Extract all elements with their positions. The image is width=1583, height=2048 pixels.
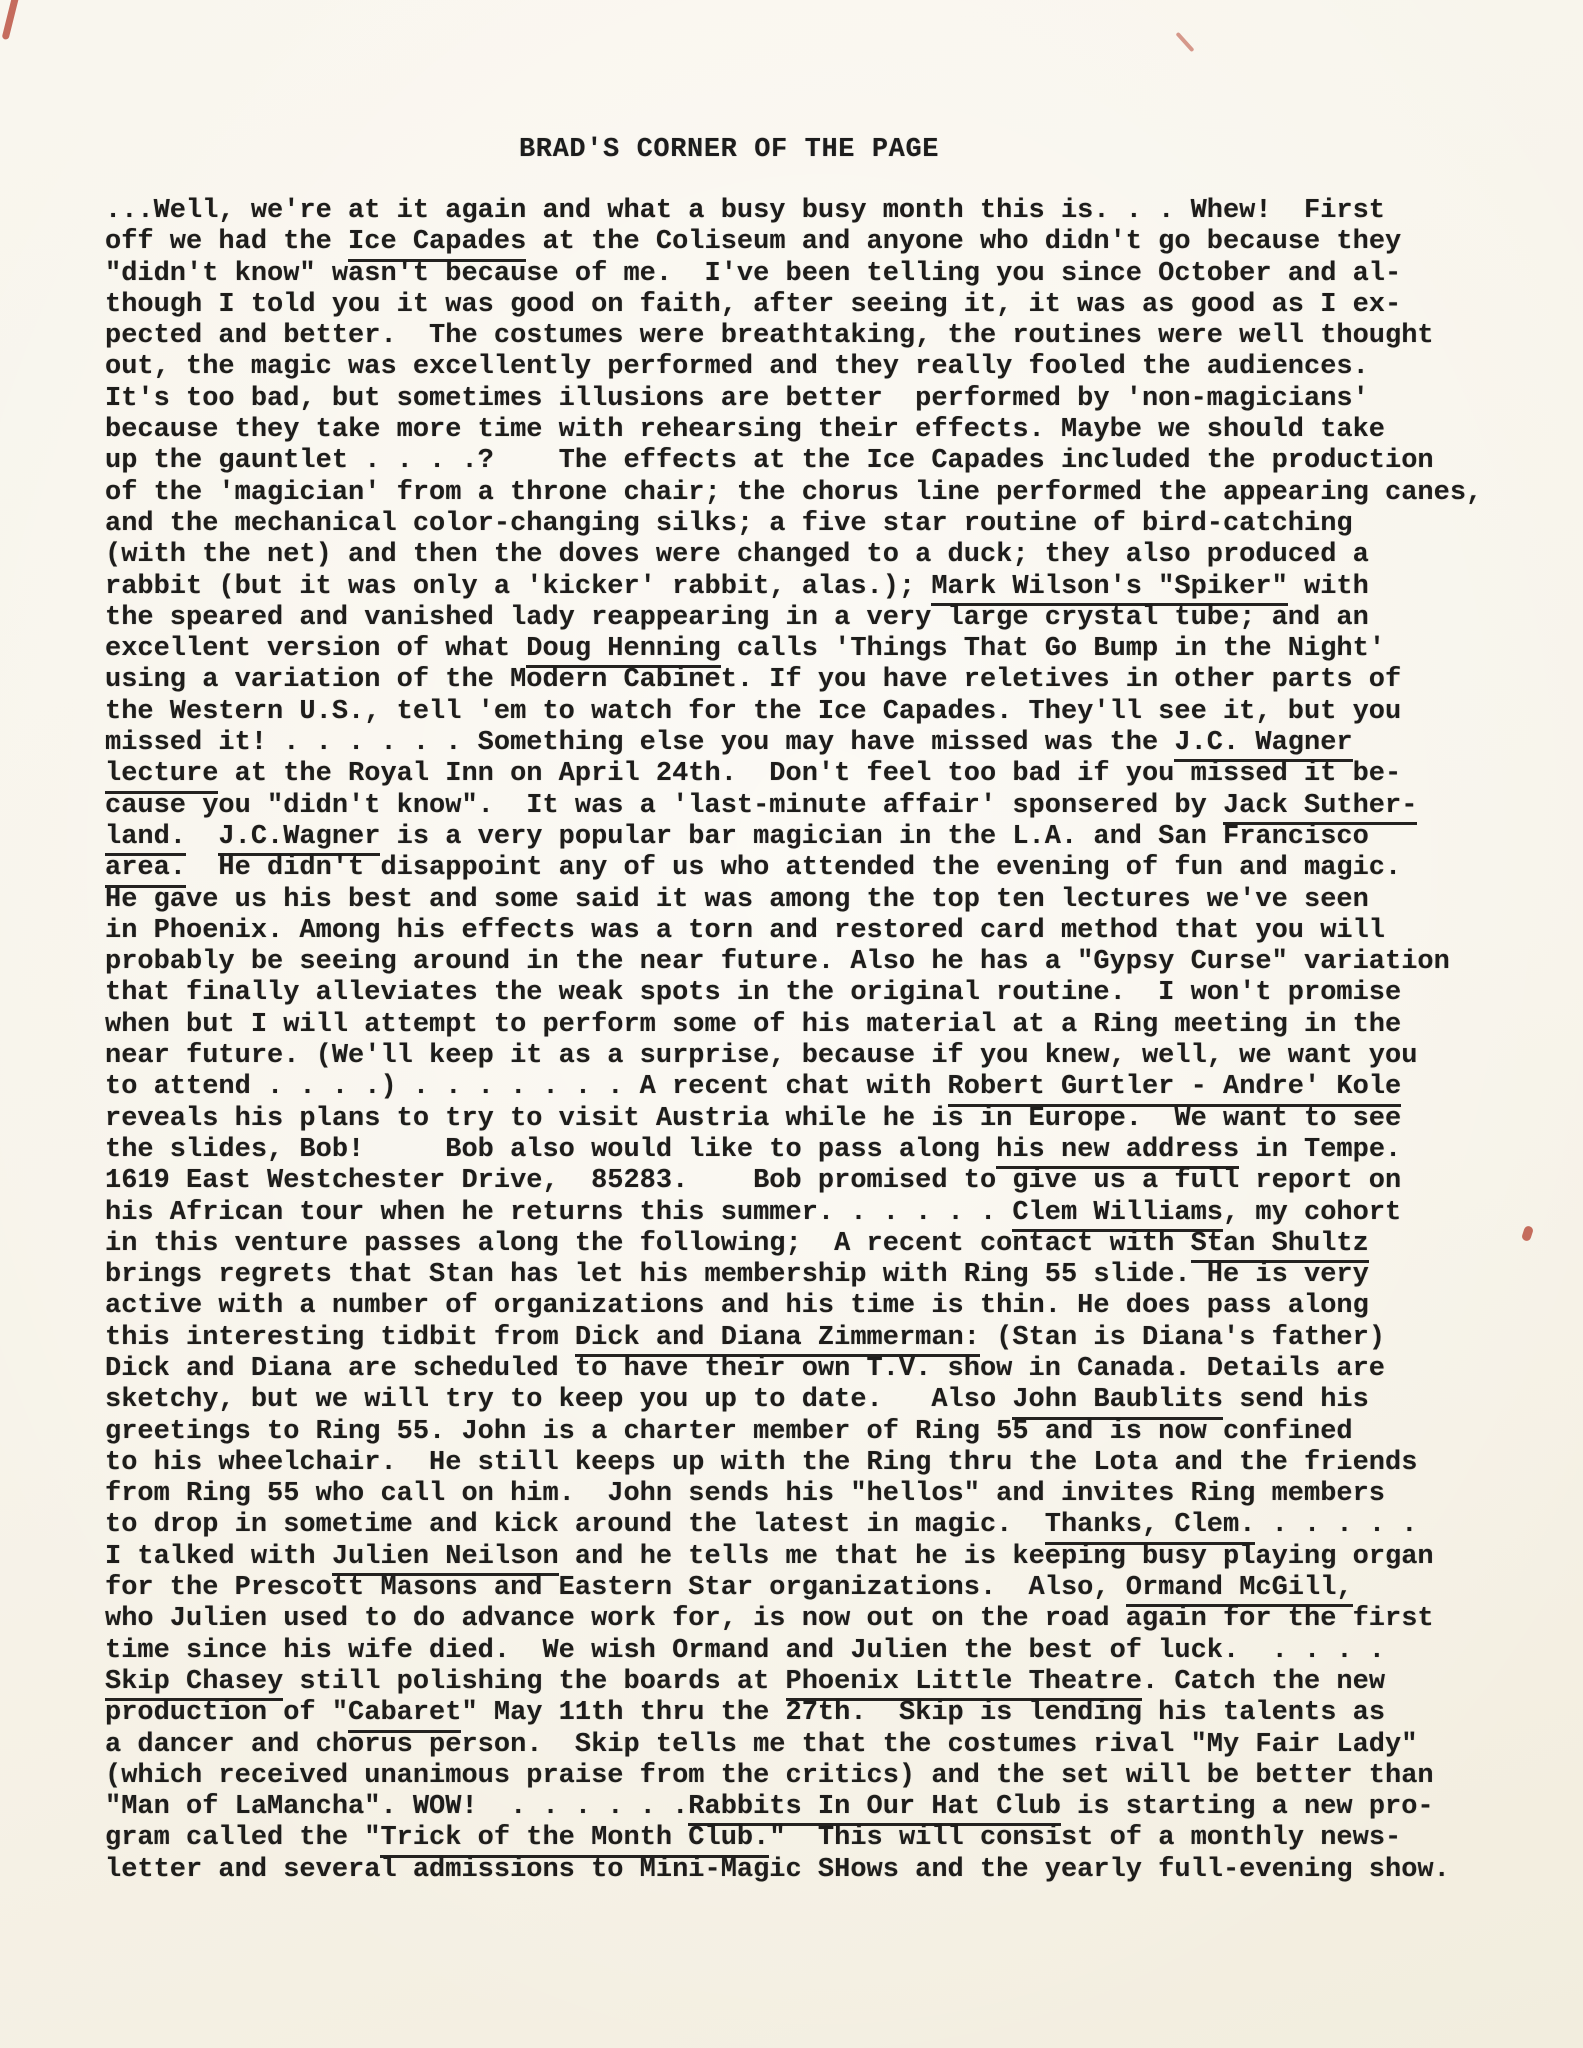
text-line: in Phoenix. Among his effects was a torn… — [105, 916, 1525, 947]
text-segment: missed it! . . . . . . Something else yo… — [105, 728, 1174, 759]
text-line: "didn't know" wasn't because of me. I've… — [105, 259, 1525, 290]
text-segment: in Phoenix. Among his effects was a torn… — [105, 916, 1385, 947]
text-line: letter and several admissions to Mini-Ma… — [105, 1855, 1525, 1886]
text-segment: ...Well, we're at it again and what a bu… — [105, 196, 1385, 227]
text-line: rabbit (but it was only a 'kicker' rabbi… — [105, 572, 1525, 603]
text-line: of the 'magician' from a throne chair; t… — [105, 478, 1525, 509]
text-segment: because they take more time with rehears… — [105, 415, 1385, 446]
text-segment: to drop in sometime and kick around the … — [105, 1510, 1045, 1541]
text-segment: I talked with — [105, 1542, 332, 1573]
text-segment: He gave us his best and some said it was… — [105, 885, 1369, 916]
text-segment: for the Prescott Masons and Eastern Star… — [105, 1573, 1126, 1604]
text-line: using a variation of the Modern Cabinet.… — [105, 665, 1525, 696]
text-segment: and the mechanical color-changing silks;… — [105, 509, 1353, 540]
text-segment: "Man of LaMancha". WOW! . . . . . . — [105, 1792, 688, 1823]
text-line: the speared and vanished lady reappearin… — [105, 603, 1525, 634]
text-line: (which received unanimous praise from th… — [105, 1761, 1525, 1792]
text-segment: gram called the " — [105, 1823, 380, 1854]
text-line: production of "Cabaret" May 11th thru th… — [105, 1698, 1525, 1729]
text-segment: a dancer and chorus person. Skip tells m… — [105, 1730, 1417, 1761]
underlined-phrase: Dick and Diana Zimmerman: — [575, 1323, 980, 1357]
text-segment: " This will consist of a monthly news- — [769, 1823, 1401, 1854]
text-line: the Western U.S., tell 'em to watch for … — [105, 697, 1525, 728]
text-line: It's too bad, but sometimes illusions ar… — [105, 384, 1525, 415]
text-line: "Man of LaMancha". WOW! . . . . . .Rabbi… — [105, 1792, 1525, 1823]
text-line: time since his wife died. We wish Ormand… — [105, 1636, 1525, 1667]
text-line: to attend . . . .) . . . . . . . A recen… — [105, 1072, 1525, 1103]
text-line: probably be seeing around in the near fu… — [105, 947, 1525, 978]
text-line: lecture at the Royal Inn on April 24th. … — [105, 759, 1525, 790]
underlined-phrase: Rabbits In Our Hat Club — [688, 1792, 1061, 1826]
text-segment: " May 11th thru the 27th. Skip is lendin… — [461, 1698, 1385, 1729]
page-paper: BRAD'S CORNER OF THE PAGE ...Well, we're… — [0, 0, 1583, 2048]
text-line: though I told you it was good on faith, … — [105, 290, 1525, 321]
text-line: Dick and Diana are scheduled to have the… — [105, 1354, 1525, 1385]
text-line: He gave us his best and some said it was… — [105, 885, 1525, 916]
red-pen-mark-top-right — [1175, 32, 1194, 53]
text-segment: this interesting tidbit from — [105, 1323, 575, 1354]
text-segment: and he tells me that he is keeping busy … — [559, 1542, 1434, 1573]
text-segment: He didn't disappoint any of us who atten… — [186, 853, 1401, 884]
underlined-phrase: Thanks, Clem. — [1045, 1510, 1256, 1544]
body-text: ...Well, we're at it again and what a bu… — [105, 196, 1525, 1886]
text-segment: active with a number of organizations an… — [105, 1291, 1369, 1322]
text-segment: 1619 East Westchester Drive, 85283. Bob … — [105, 1166, 1401, 1197]
underlined-phrase: Mark Wilson's "Spiker" — [931, 572, 1287, 606]
text-segment: send his — [1223, 1385, 1369, 1416]
text-line: his African tour when he returns this su… — [105, 1198, 1525, 1229]
text-segment: to attend . . . .) . . . . . . . A recen… — [105, 1072, 948, 1103]
underlined-phrase: John Baublits — [1012, 1385, 1223, 1419]
text-segment: his African tour when he returns this su… — [105, 1198, 1012, 1229]
text-segment: . . . . . — [1255, 1510, 1417, 1541]
text-segment: . Catch the new — [1142, 1667, 1385, 1698]
text-segment: rabbit (but it was only a 'kicker' rabbi… — [105, 572, 931, 603]
text-line: up the gauntlet . . . .? The effects at … — [105, 446, 1525, 477]
text-line: Skip Chasey still polishing the boards a… — [105, 1667, 1525, 1698]
text-line: active with a number of organizations an… — [105, 1291, 1525, 1322]
text-segment: the Western U.S., tell 'em to watch for … — [105, 697, 1401, 728]
text-segment: calls 'Things That Go Bump in the Night' — [721, 634, 1385, 665]
underlined-phrase: Robert Gurtler - Andre' Kole — [948, 1072, 1402, 1106]
text-line: brings regrets that Stan has let his mem… — [105, 1260, 1525, 1291]
text-line: to drop in sometime and kick around the … — [105, 1510, 1525, 1541]
underlined-phrase: Ice Capades — [348, 227, 526, 261]
text-line: off we had the Ice Capades at the Colise… — [105, 227, 1525, 258]
text-segment: at the Coliseum and anyone who didn't go… — [526, 227, 1401, 258]
text-segment: off we had the — [105, 227, 348, 258]
text-line: reveals his plans to try to visit Austri… — [105, 1104, 1525, 1135]
text-line: that finally alleviates the weak spots i… — [105, 978, 1525, 1009]
text-segment: greetings to Ring 55. John is a charter … — [105, 1417, 1353, 1448]
text-segment: It's too bad, but sometimes illusions ar… — [105, 384, 1369, 415]
text-segment: probably be seeing around in the near fu… — [105, 947, 1450, 978]
text-segment: "didn't know" wasn't because of me. I've… — [105, 259, 1401, 290]
underlined-phrase: land. — [105, 822, 186, 856]
text-segment — [186, 822, 218, 853]
text-segment: production of " — [105, 1698, 348, 1729]
text-segment: (with the net) and then the doves were c… — [105, 540, 1369, 571]
underlined-phrase: Trick of the Month Club. — [380, 1823, 769, 1857]
text-segment: using a variation of the Modern Cabinet.… — [105, 665, 1401, 696]
text-segment: brings regrets that Stan has let his mem… — [105, 1260, 1369, 1291]
underlined-phrase: Phoenix Little Theatre — [786, 1667, 1142, 1701]
text-line: when but I will attempt to perform some … — [105, 1010, 1525, 1041]
underlined-phrase: his new address — [996, 1135, 1239, 1169]
text-line: who Julien used to do advance work for, … — [105, 1604, 1525, 1635]
underlined-phrase: Doug Henning — [526, 634, 720, 668]
text-segment: at the Royal Inn on April 24th. Don't fe… — [218, 759, 1401, 790]
text-segment: still polishing the boards at — [283, 1667, 785, 1698]
text-line: to his wheelchair. He still keeps up wit… — [105, 1448, 1525, 1479]
text-line: out, the magic was excellently performed… — [105, 352, 1525, 383]
text-line: a dancer and chorus person. Skip tells m… — [105, 1730, 1525, 1761]
underlined-phrase: Skip Chasey — [105, 1667, 283, 1701]
text-line: excellent version of what Doug Henning c… — [105, 634, 1525, 665]
text-line: area. He didn't disappoint any of us who… — [105, 853, 1525, 884]
text-segment: in Tempe. — [1239, 1135, 1401, 1166]
text-segment: the slides, Bob! Bob also would like to … — [105, 1135, 996, 1166]
underlined-phrase: Julien Neilson — [332, 1542, 559, 1576]
underlined-phrase: J.C.Wagner — [218, 822, 380, 856]
text-line: greetings to Ring 55. John is a charter … — [105, 1417, 1525, 1448]
text-line: for the Prescott Masons and Eastern Star… — [105, 1573, 1525, 1604]
underlined-phrase: Ormand McGill, — [1126, 1573, 1353, 1607]
text-line: I talked with Julien Neilson and he tell… — [105, 1542, 1525, 1573]
underlined-phrase: Cabaret — [348, 1698, 461, 1732]
text-segment: to his wheelchair. He still keeps up wit… — [105, 1448, 1417, 1479]
text-segment: out, the magic was excellently performed… — [105, 352, 1369, 383]
text-segment: with — [1288, 572, 1369, 603]
text-line: cause you "didn't know". It was a 'last-… — [105, 791, 1525, 822]
text-segment: when but I will attempt to perform some … — [105, 1010, 1401, 1041]
text-segment: the speared and vanished lady reappearin… — [105, 603, 1369, 634]
text-segment: excellent version of what — [105, 634, 526, 665]
text-line: near future. (We'll keep it as a surpris… — [105, 1041, 1525, 1072]
text-segment: reveals his plans to try to visit Austri… — [105, 1104, 1401, 1135]
underlined-phrase: Stan Shultz — [1191, 1229, 1369, 1263]
text-segment: pected and better. The costumes were bre… — [105, 321, 1434, 352]
text-line: (with the net) and then the doves were c… — [105, 540, 1525, 571]
underlined-phrase: lecture — [105, 759, 218, 793]
text-line: missed it! . . . . . . Something else yo… — [105, 728, 1525, 759]
text-segment: time since his wife died. We wish Ormand… — [105, 1636, 1385, 1667]
text-segment: Dick and Diana are scheduled to have the… — [105, 1354, 1385, 1385]
text-segment: is starting a new pro- — [1061, 1792, 1434, 1823]
text-line: the slides, Bob! Bob also would like to … — [105, 1135, 1525, 1166]
text-line: sketchy, but we will try to keep you up … — [105, 1385, 1525, 1416]
text-line: ...Well, we're at it again and what a bu… — [105, 196, 1525, 227]
text-segment: up the gauntlet . . . .? The effects at … — [105, 446, 1434, 477]
text-segment: cause you "didn't know". It was a 'last-… — [105, 791, 1223, 822]
underlined-phrase: J.C. Wagner — [1174, 728, 1352, 762]
text-line: and the mechanical color-changing silks;… — [105, 509, 1525, 540]
text-segment: that finally alleviates the weak spots i… — [105, 978, 1401, 1009]
text-line: 1619 East Westchester Drive, 85283. Bob … — [105, 1166, 1525, 1197]
text-segment: , my cohort — [1223, 1198, 1401, 1229]
text-segment: (Stan is Diana's father) — [980, 1323, 1385, 1354]
text-segment: who Julien used to do advance work for, … — [105, 1604, 1434, 1635]
text-line: gram called the "Trick of the Month Club… — [105, 1823, 1525, 1854]
underlined-phrase: area. — [105, 853, 186, 887]
text-line: land. J.C.Wagner is a very popular bar m… — [105, 822, 1525, 853]
underlined-phrase: Jack Suther- — [1223, 791, 1417, 825]
page-title: BRAD'S CORNER OF THE PAGE — [519, 135, 939, 165]
text-segment: is a very popular bar magician in the L.… — [380, 822, 1368, 853]
text-segment: from Ring 55 who call on him. John sends… — [105, 1479, 1385, 1510]
text-line: from Ring 55 who call on him. John sends… — [105, 1479, 1525, 1510]
text-segment: sketchy, but we will try to keep you up … — [105, 1385, 1012, 1416]
text-segment: near future. (We'll keep it as a surpris… — [105, 1041, 1417, 1072]
text-line: pected and better. The costumes were bre… — [105, 321, 1525, 352]
text-line: this interesting tidbit from Dick and Di… — [105, 1323, 1525, 1354]
text-segment: letter and several admissions to Mini-Ma… — [105, 1855, 1450, 1886]
text-segment: in this venture passes along the followi… — [105, 1229, 1191, 1260]
underlined-phrase: Clem Williams — [1012, 1198, 1223, 1232]
text-segment: though I told you it was good on faith, … — [105, 290, 1401, 321]
red-pen-mark-top-left — [2, 0, 20, 40]
text-line: in this venture passes along the followi… — [105, 1229, 1525, 1260]
text-segment: of the 'magician' from a throne chair; t… — [105, 478, 1482, 509]
text-line: because they take more time with rehears… — [105, 415, 1525, 446]
text-segment: (which received unanimous praise from th… — [105, 1761, 1434, 1792]
